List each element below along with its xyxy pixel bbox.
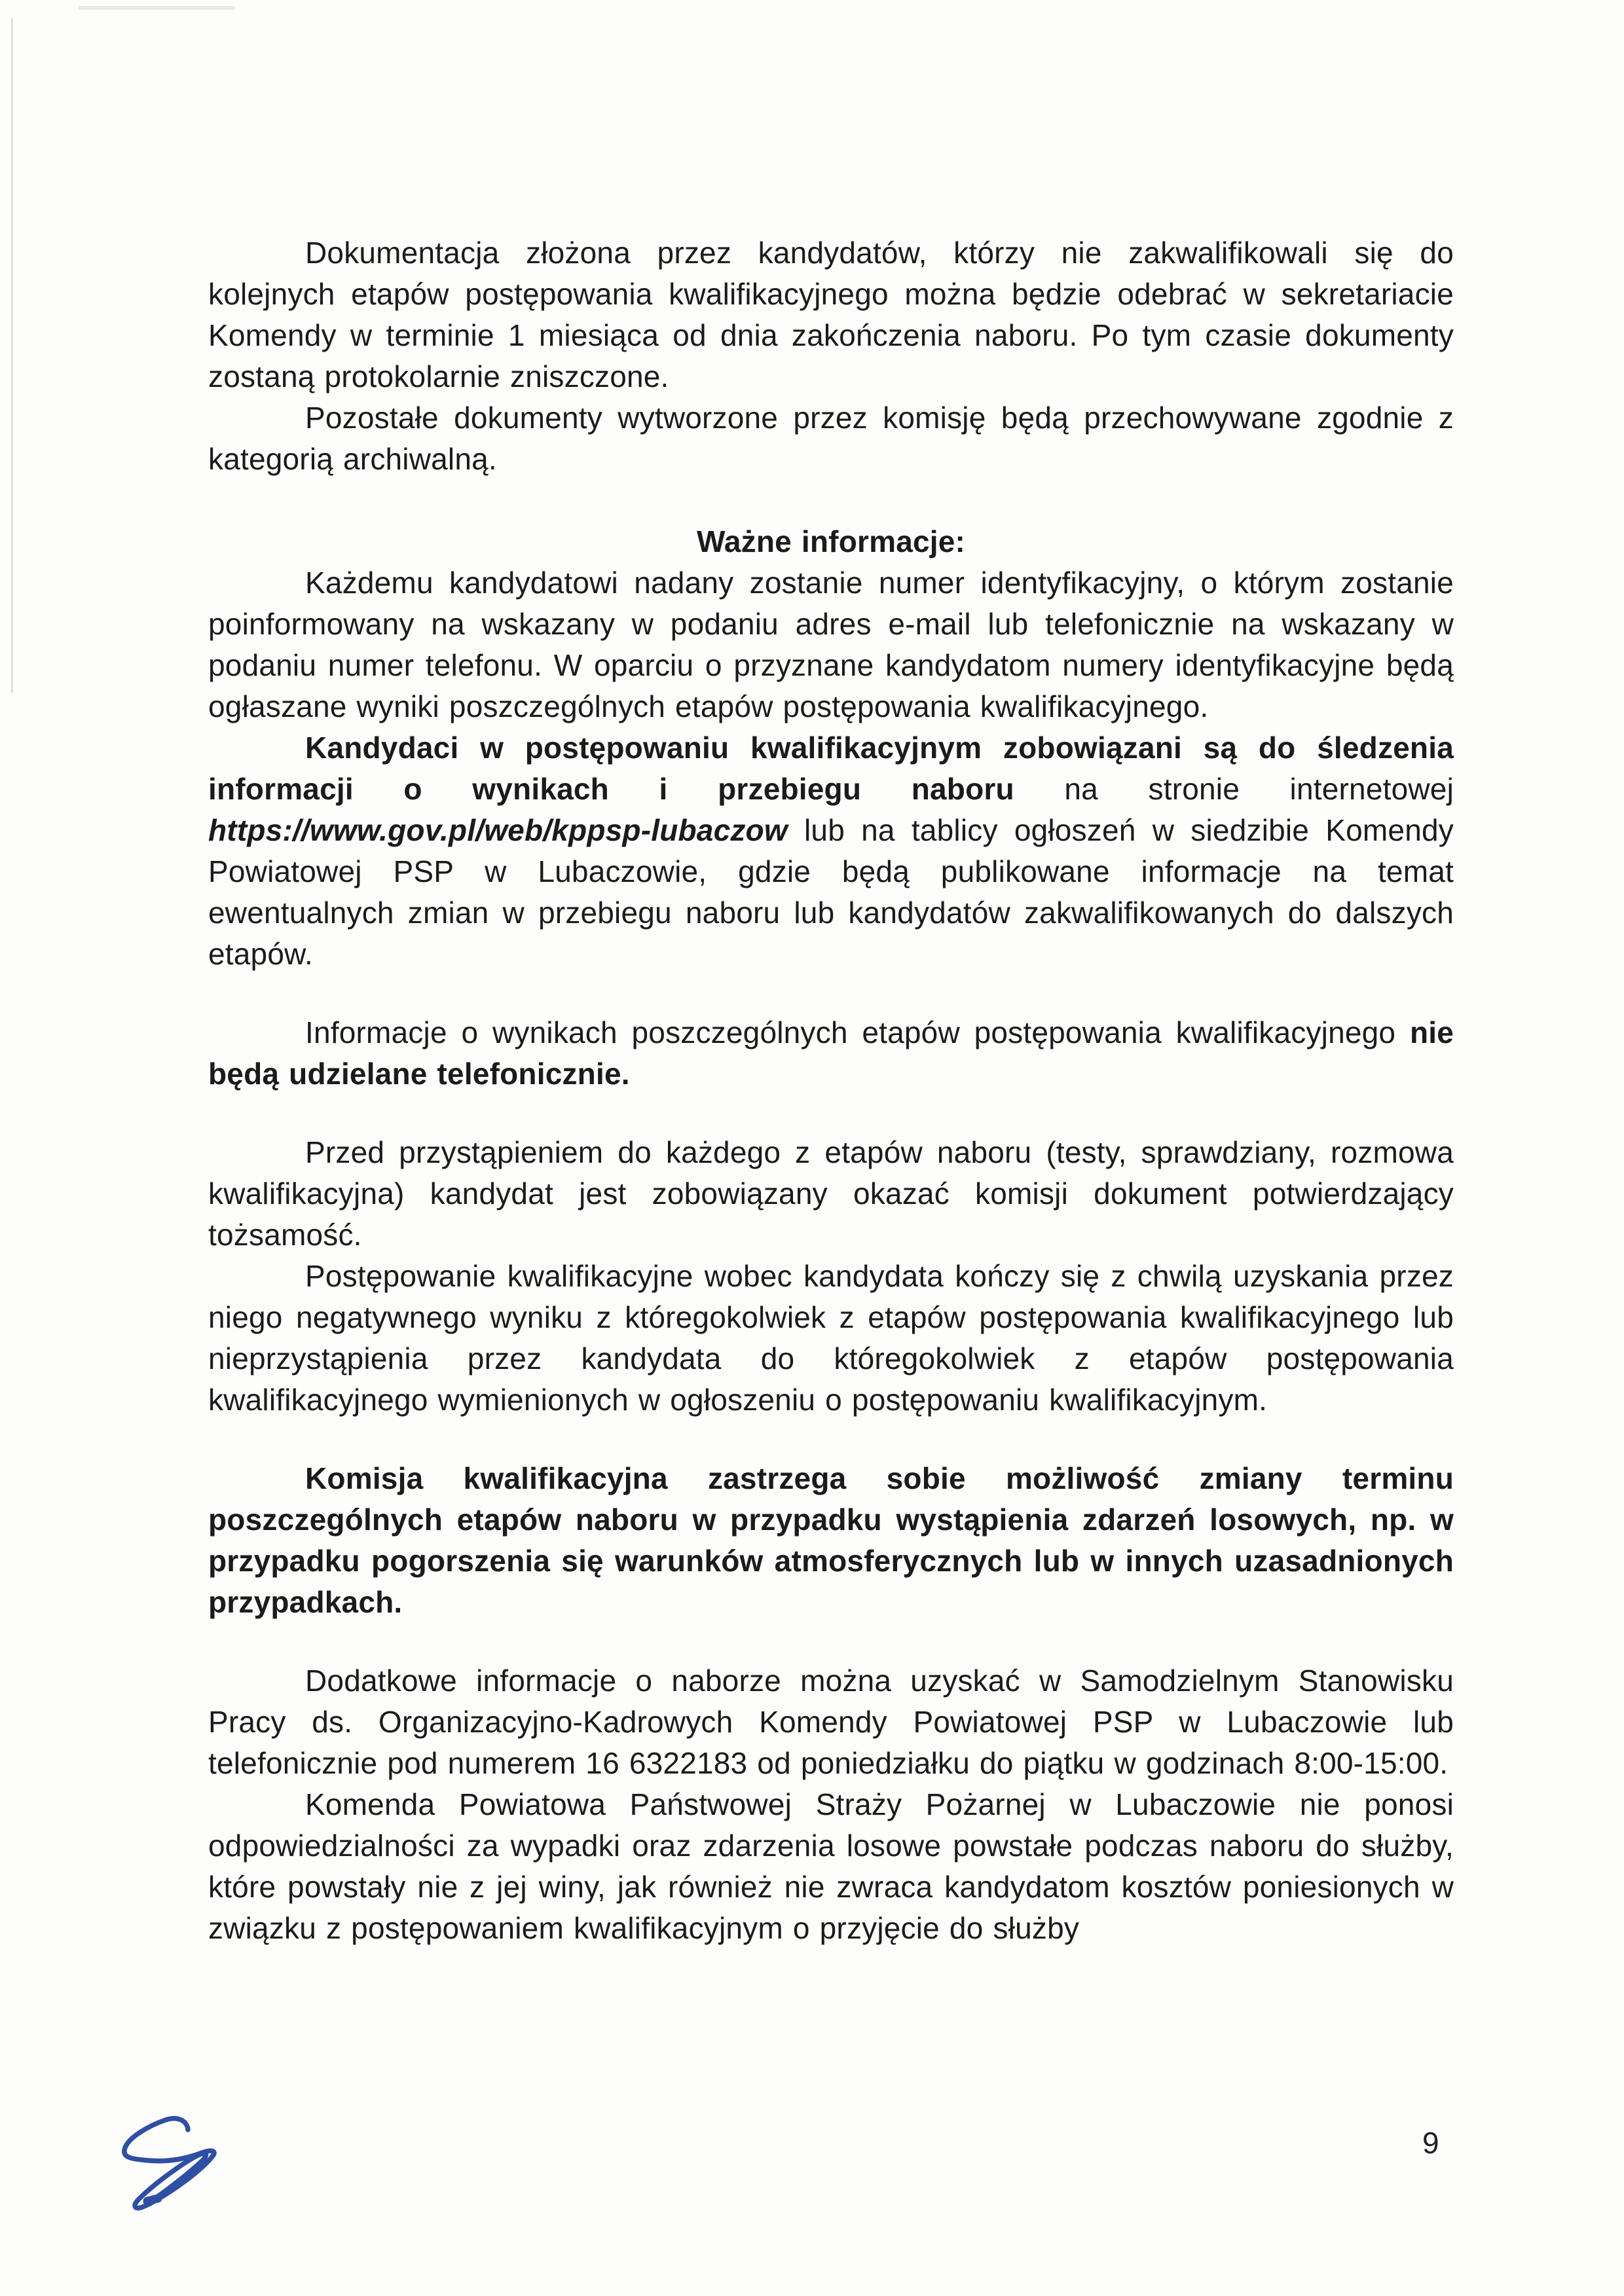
scan-line-left-edge xyxy=(11,18,13,693)
paragraph-identity-document-requirement: Przed przystąpieniem do każdego z etapów… xyxy=(208,1132,1454,1256)
paragraph-procedure-termination: Postępowanie kwalifikacyjne wobec kandyd… xyxy=(208,1256,1454,1421)
paragraph-no-phone-information: Informacje o wynikach poszczególnych eta… xyxy=(208,1012,1454,1095)
no-phone-information-lead: Informacje o wynikach poszczególnych eta… xyxy=(305,1015,1410,1049)
heading-important-information: Ważne informacje: xyxy=(208,521,1454,562)
paragraph-additional-info-contact: Dodatkowe informacje o naborze można uzy… xyxy=(208,1660,1454,1784)
page-number: 9 xyxy=(1422,2128,1439,2158)
signature-ink-dot xyxy=(147,2198,158,2201)
scan-smudge-top xyxy=(79,6,236,10)
scanned-page: Dokumentacja złożona przez kandydatów, k… xyxy=(0,0,1624,2296)
website-url-text: https://www.gov.pl/web/kppsp-lubaczow xyxy=(208,813,788,847)
results-publication-mid-text: na stronie internetowej xyxy=(1014,772,1454,806)
paragraph-document-return-policy: Dokumentacja złożona przez kandydatów, k… xyxy=(208,232,1454,397)
paragraph-liability-disclaimer: Komenda Powiatowa Państwowej Straży Poża… xyxy=(208,1784,1454,1949)
paragraph-candidate-id-number: Każdemu kandydatowi nadany zostanie nume… xyxy=(208,562,1454,727)
signature-stroke-group xyxy=(124,2119,214,2208)
handwritten-signature xyxy=(115,2109,226,2214)
paragraph-archive-policy: Pozostałe dokumenty wytworzone przez kom… xyxy=(208,397,1454,480)
document-text-block: Dokumentacja złożona przez kandydatów, k… xyxy=(208,232,1454,1949)
paragraph-results-publication: Kandydaci w postępowaniu kwalifikacyjnym… xyxy=(208,727,1454,975)
paragraph-schedule-change-notice: Komisja kwalifikacyjna zastrzega sobie m… xyxy=(208,1458,1454,1623)
signature-main-stroke xyxy=(124,2119,214,2208)
